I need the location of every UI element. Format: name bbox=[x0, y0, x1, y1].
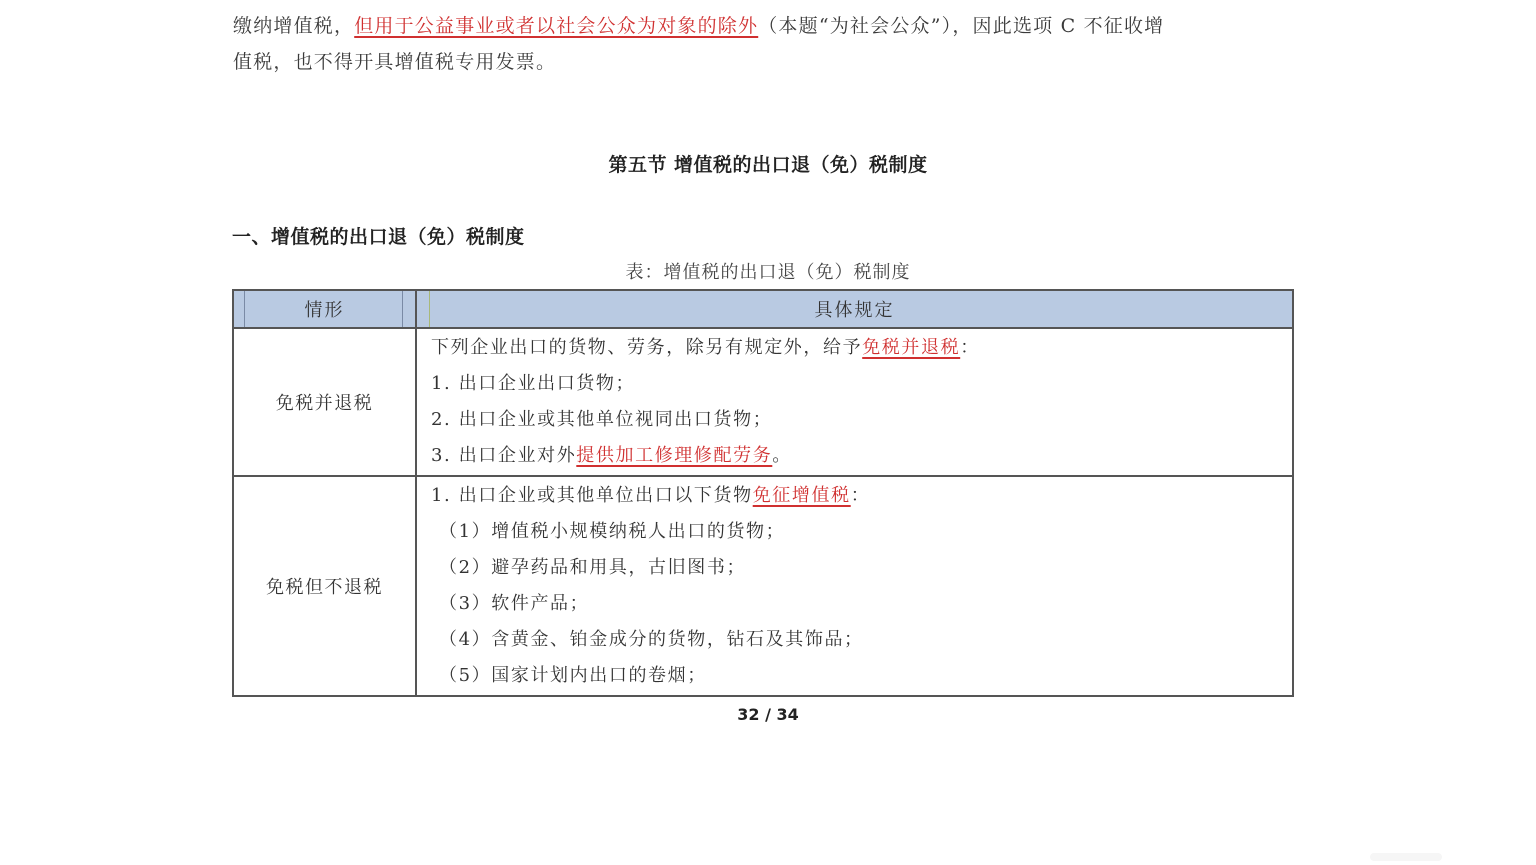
export-tax-refund-table: 情形 具体规定 免税并退税 下列企业出口的货物、劳务，除另有规定外，给予免税并退… bbox=[232, 289, 1294, 697]
paragraph-text: （本题“为社会公众”），因此选项 C 不征收增 bbox=[758, 15, 1164, 37]
rule-text: 下列企业出口的货物、劳务，除另有规定外，给予 bbox=[431, 337, 862, 358]
rule-text: （1）增值税小规模纳税人出口的货物； bbox=[439, 521, 785, 542]
table-caption: 表：增值税的出口退（免）税制度 bbox=[0, 258, 1536, 284]
row-label: 免税但不退税 bbox=[233, 476, 416, 696]
subsection-title: 一、增值税的出口退（免）税制度 bbox=[232, 222, 525, 249]
rule-text: 2. 出口企业或其他单位视同出口货物； bbox=[431, 409, 772, 430]
rule-line: 下列企业出口的货物、劳务，除另有规定外，给予免税并退税： bbox=[431, 330, 1292, 366]
rule-line: （2）避孕药品和用具，古旧图书； bbox=[431, 550, 1292, 586]
rule-text: ： bbox=[960, 337, 980, 358]
answer-explanation-paragraph: 缴纳增值税，但用于公益事业或者以社会公众为对象的除外（本题“为社会公众”），因此… bbox=[233, 8, 1308, 80]
rule-line: （1）增值税小规模纳税人出口的货物； bbox=[431, 514, 1292, 550]
row-content: 1. 出口企业或其他单位出口以下货物免征增值税： （1）增值税小规模纳税人出口的… bbox=[416, 476, 1293, 696]
rule-line: 3. 出口企业对外提供加工修理修配劳务。 bbox=[431, 438, 1292, 474]
rule-line: 1. 出口企业或其他单位出口以下货物免征增值税： bbox=[431, 478, 1292, 514]
header-specific-rules: 具体规定 bbox=[416, 290, 1293, 328]
highlighted-phrase: 但用于公益事业或者以社会公众为对象的除外 bbox=[354, 15, 758, 37]
paragraph-text: 缴纳增值税， bbox=[233, 15, 354, 37]
rule-line: （4）含黄金、铂金成分的货物，钻石及其饰品； bbox=[431, 622, 1292, 658]
document-page: 缴纳增值税，但用于公益事业或者以社会公众为对象的除外（本题“为社会公众”），因此… bbox=[0, 0, 1536, 865]
scroll-indicator[interactable] bbox=[1370, 853, 1442, 861]
rule-text: 1. 出口企业出口货物； bbox=[431, 373, 635, 394]
page-number: 32 / 34 bbox=[0, 705, 1536, 724]
highlighted-phrase: 免征增值税 bbox=[753, 485, 851, 506]
row-content: 下列企业出口的货物、劳务，除另有规定外，给予免税并退税： 1. 出口企业出口货物… bbox=[416, 328, 1293, 476]
highlighted-phrase: 免税并退税 bbox=[862, 337, 960, 358]
section-title: 第五节 增值税的出口退（免）税制度 bbox=[0, 150, 1536, 177]
rule-text: 。 bbox=[772, 445, 792, 466]
rule-text: （2）避孕药品和用具，古旧图书； bbox=[439, 557, 746, 578]
rule-text: （4）含黄金、铂金成分的货物，钻石及其饰品； bbox=[439, 629, 864, 650]
header-situation: 情形 bbox=[233, 290, 416, 328]
rule-line: 2. 出口企业或其他单位视同出口货物； bbox=[431, 402, 1292, 438]
row-label: 免税并退税 bbox=[233, 328, 416, 476]
table-header-row: 情形 具体规定 bbox=[233, 290, 1293, 328]
rule-line: （5）国家计划内出口的卷烟； bbox=[431, 658, 1292, 694]
highlighted-phrase: 提供加工修理修配劳务 bbox=[576, 445, 772, 466]
rule-text: （5）国家计划内出口的卷烟； bbox=[439, 665, 707, 686]
rule-line: 1. 出口企业出口货物； bbox=[431, 366, 1292, 402]
table-row: 免税但不退税 1. 出口企业或其他单位出口以下货物免征增值税： （1）增值税小规… bbox=[233, 476, 1293, 696]
rule-text: （3）软件产品； bbox=[439, 593, 589, 614]
paragraph-line-1: 缴纳增值税，但用于公益事业或者以社会公众为对象的除外（本题“为社会公众”），因此… bbox=[233, 8, 1308, 44]
rule-text: ： bbox=[851, 485, 871, 506]
rule-line: （3）软件产品； bbox=[431, 586, 1292, 622]
rule-text: 3. 出口企业对外 bbox=[431, 445, 576, 466]
paragraph-line-2: 值税，也不得开具增值税专用发票。 bbox=[233, 44, 1308, 80]
table-row: 免税并退税 下列企业出口的货物、劳务，除另有规定外，给予免税并退税： 1. 出口… bbox=[233, 328, 1293, 476]
rule-text: 1. 出口企业或其他单位出口以下货物 bbox=[431, 485, 753, 506]
